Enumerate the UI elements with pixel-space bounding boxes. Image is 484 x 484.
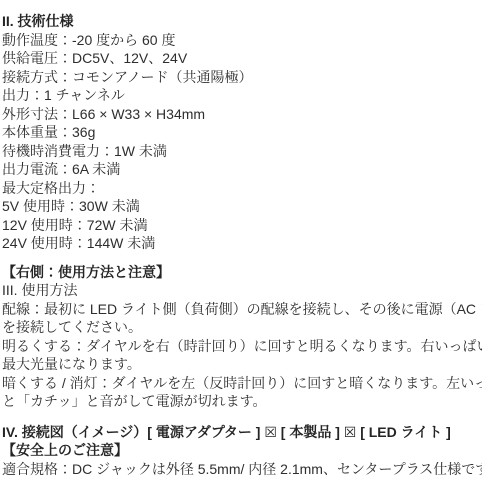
spec-weight: 本体重量：36g (2, 123, 482, 142)
connection-diagram-line: IV. 接続図（イメージ）[ 電源アダプター ] ☒ [ 本製品 ] ☒ [ L… (2, 423, 482, 442)
spec-document: II. 技術仕様 動作温度：-20 度から 60 度 供給電圧：DC5V、12V… (0, 0, 484, 478)
blank-line (2, 253, 482, 263)
safety-compliance-line: 適合規格：DC ジャックは外径 5.5mm/ 内径 2.1mm、センタープラス仕… (2, 460, 482, 479)
tech-specs-heading: II. 技術仕様 (2, 12, 482, 31)
section-tech-specs: II. 技術仕様 動作温度：-20 度から 60 度 供給電圧：DC5V、12V… (2, 12, 482, 253)
usage-subheading: III. 使用方法 (2, 281, 482, 300)
spec-output-channels: 出力：1 チャンネル (2, 86, 482, 105)
usage-wiring-line-1: 配線：最初に LED ライト側（負荷側）の配線を接続し、その後に電源（AC アダ… (2, 300, 482, 319)
spec-connection-method: 接続方式：コモンアノード（共通陽極） (2, 68, 482, 87)
spec-output-5v: 5V 使用時：30W 未満 (2, 197, 482, 216)
spec-operating-temperature: 動作温度：-20 度から 60 度 (2, 31, 482, 50)
spec-supply-voltage: 供給電圧：DC5V、12V、24V (2, 49, 482, 68)
blank-line (2, 411, 482, 423)
spec-max-rated-output: 最大定格出力： (2, 179, 482, 198)
section-connection-safety: IV. 接続図（イメージ）[ 電源アダプター ] ☒ [ 本製品 ] ☒ [ L… (2, 423, 482, 479)
spec-output-24v: 24V 使用時：144W 未満 (2, 234, 482, 253)
spec-dimensions: 外形寸法：L66 × W33 × H34mm (2, 105, 482, 124)
usage-brighten-line-2: 最大光量になります。 (2, 355, 482, 374)
usage-wiring-line-2: を接続してください。 (2, 318, 482, 337)
usage-brighten-line-1: 明るくする：ダイヤルを右（時計回り）に回すと明るくなります。右いっぱいに回すと (2, 337, 482, 356)
spec-output-12v: 12V 使用時：72W 未満 (2, 216, 482, 235)
usage-dim-line-1: 暗くする / 消灯：ダイヤルを左（反時計回り）に回すと暗くなります。左いっぱいに… (2, 374, 482, 393)
spec-output-current: 出力電流：6A 未満 (2, 160, 482, 179)
section-usage-notes: 【右側：使用方法と注意】 III. 使用方法 配線：最初に LED ライト側（負… (2, 263, 482, 411)
usage-heading: 【右側：使用方法と注意】 (2, 263, 482, 282)
usage-dim-line-2: と「カチッ」と音がして電源が切れます。 (2, 392, 482, 411)
spec-standby-power: 待機時消費電力：1W 未満 (2, 142, 482, 161)
safety-heading: 【安全上のご注意】 (2, 441, 482, 460)
